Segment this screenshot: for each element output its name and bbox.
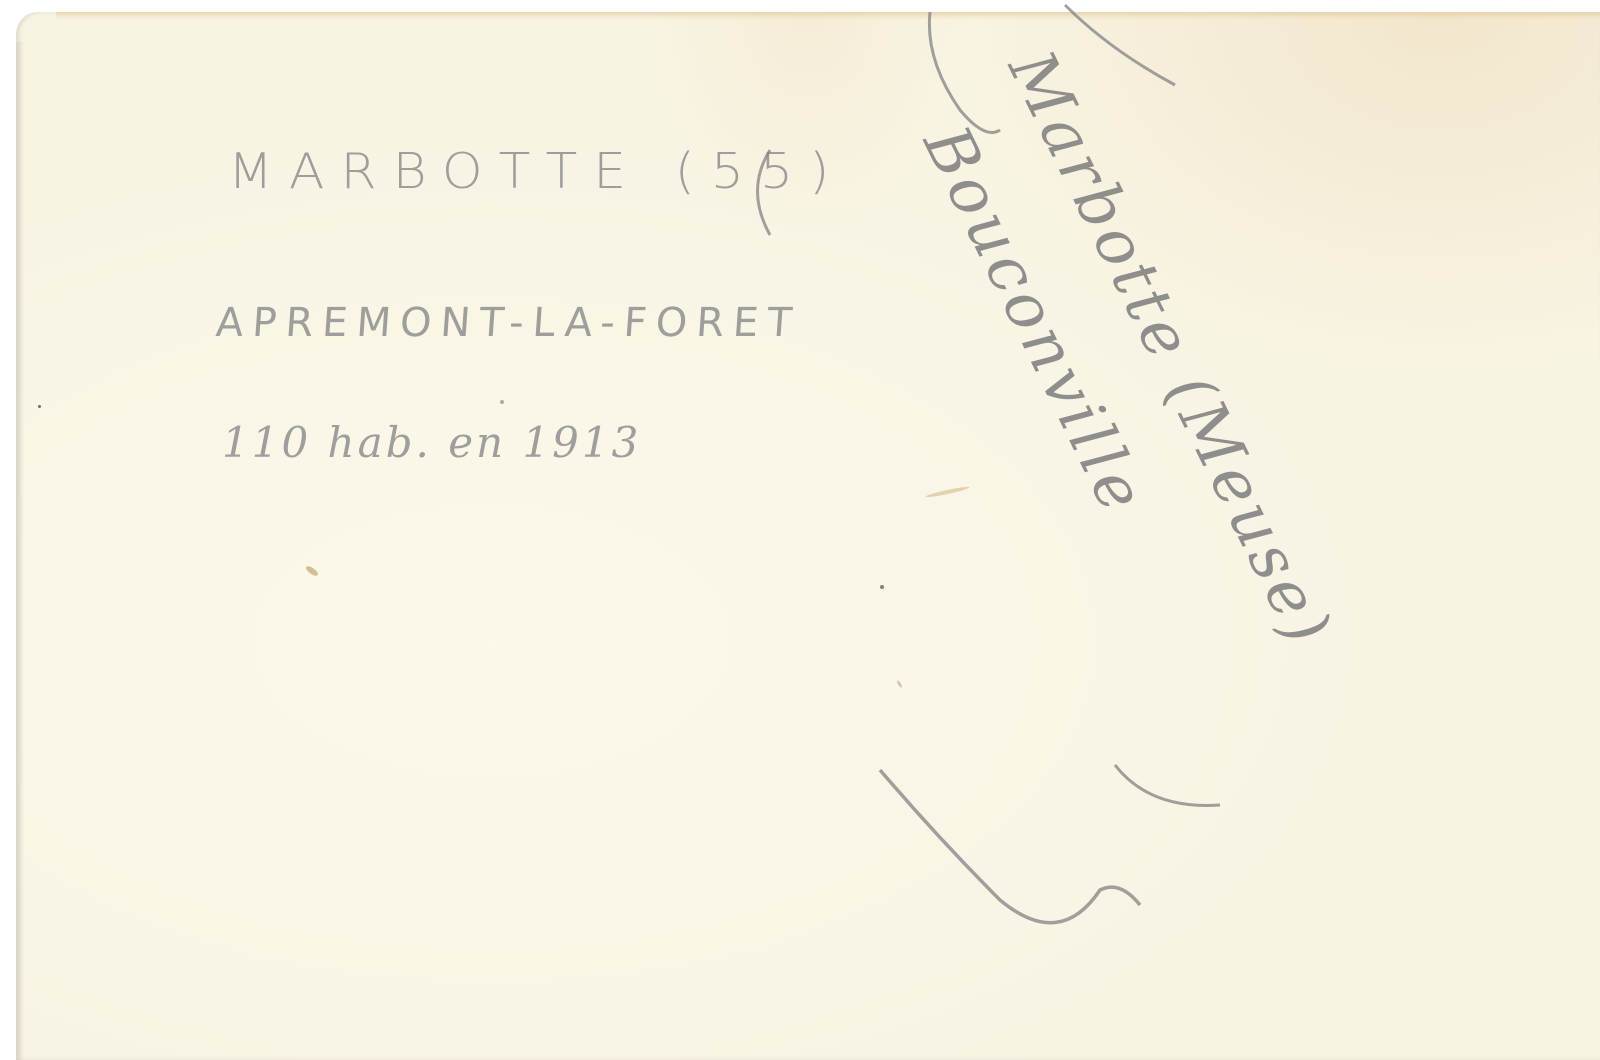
paper-speck: [880, 585, 884, 589]
handwritten-population-note: 110 hab. en 1913: [222, 418, 641, 467]
paper-speck: [38, 405, 41, 408]
handwritten-village-name: APREMONT-LA-FORET: [214, 300, 802, 346]
handwritten-title: MARBOTTE (55): [228, 144, 845, 201]
paper-speck: [500, 400, 504, 404]
aged-top-edge: [56, 12, 1600, 20]
worn-left-edge: [16, 42, 24, 1060]
